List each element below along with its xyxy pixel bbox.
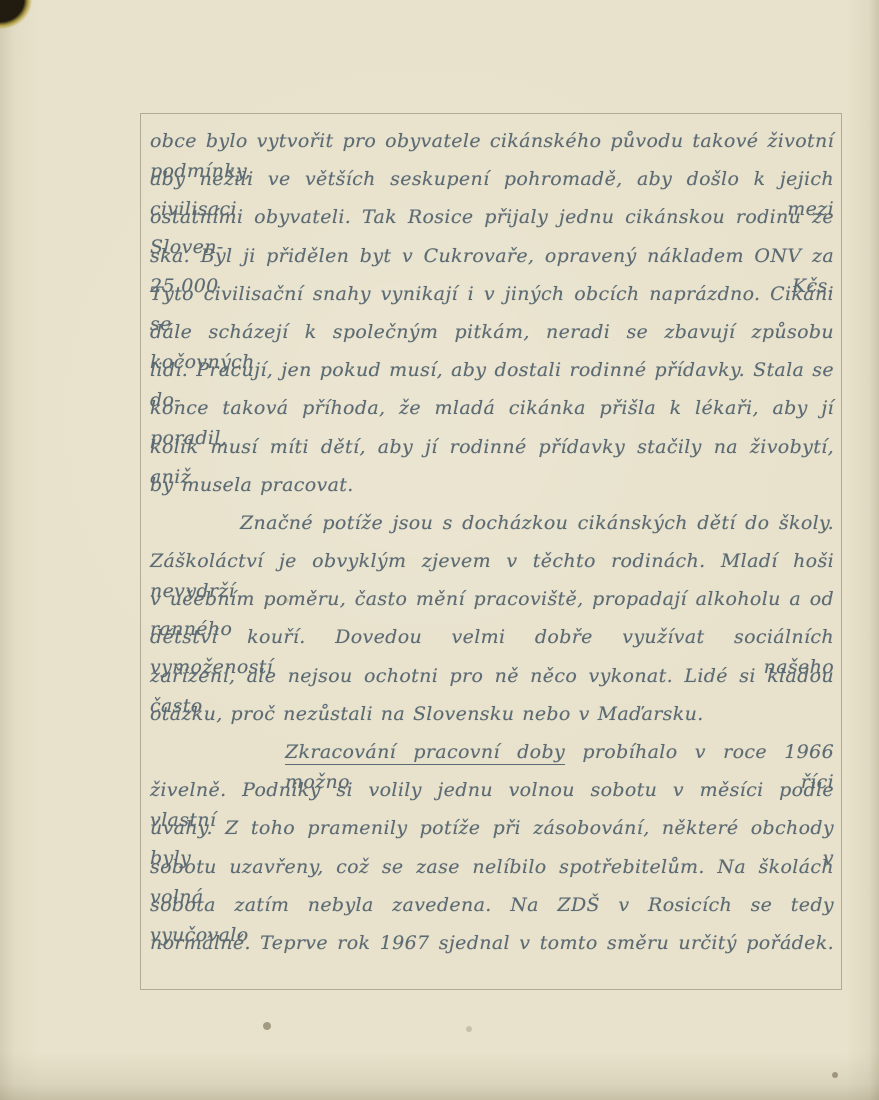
text-line: sobota zatím nebyla zavedena. Na ZDŠ v R… [150, 890, 834, 928]
text-line: konce taková příhoda, že mladá cikánka p… [150, 393, 834, 431]
text-line: zařízení, ale nejsou ochotni pro ně něco… [150, 661, 834, 699]
underlined-phrase: Zkracování pracovní doby [285, 741, 565, 765]
handwritten-text: obce bylo vytvořit pro obyvatele cikánsk… [150, 126, 834, 966]
ink-dot [466, 1026, 472, 1032]
page-corner-shadow [0, 0, 46, 42]
text-line: lidí. Pracují, jen pokud musí, aby dosta… [150, 355, 834, 393]
text-segment: Značné potíže jsou s docházkou cikánskýc… [240, 512, 834, 534]
text-line: dětství kouří. Dovedou velmi dobře využí… [150, 622, 834, 660]
text-line: ska. Byl ji přidělen byt v Cukrovaře, op… [150, 241, 834, 279]
text-line: sobotu uzavřeny, což se zase nelíbilo sp… [150, 852, 834, 890]
text-line: úvahy. Z toho pramenily potíže při zásob… [150, 813, 834, 851]
text-segment: normálně. Teprve rok 1967 sjednal v tomt… [150, 932, 834, 954]
ink-dot [263, 1022, 271, 1030]
text-line: obce bylo vytvořit pro obyvatele cikánsk… [150, 126, 834, 164]
text-line: živelně. Podniky si volily jednu volnou … [150, 775, 834, 813]
text-line: Záškoláctví je obvyklým zjevem v těchto … [150, 546, 834, 584]
text-line: Tyto civilisační snahy vynikají i v jiný… [150, 279, 834, 317]
text-segment: otázku, proč nezůstali na Slovensku nebo… [150, 703, 704, 725]
text-line: ostatními obyvateli. Tak Rosice přijaly … [150, 202, 834, 240]
text-line: kolik musí míti dětí, aby jí rodinné pří… [150, 432, 834, 470]
text-line: by musela pracovat. [150, 470, 834, 508]
chronicle-page: obce bylo vytvořit pro obyvatele cikánsk… [0, 0, 879, 1100]
text-line: aby nežili ve větších seskupení pohromad… [150, 164, 834, 202]
text-line: dále scházejí k společným pitkám, neradi… [150, 317, 834, 355]
text-segment: by musela pracovat. [150, 474, 354, 496]
text-line: v učebním poměru, často mění pracoviště,… [150, 584, 834, 622]
ink-dot [832, 1072, 838, 1078]
text-line: otázku, proč nezůstali na Slovensku nebo… [150, 699, 834, 737]
text-line: Zkracování pracovní doby probíhalo v roc… [150, 737, 834, 775]
text-line: Značné potíže jsou s docházkou cikánskýc… [150, 508, 834, 546]
text-line: normálně. Teprve rok 1967 sjednal v tomt… [150, 928, 834, 966]
